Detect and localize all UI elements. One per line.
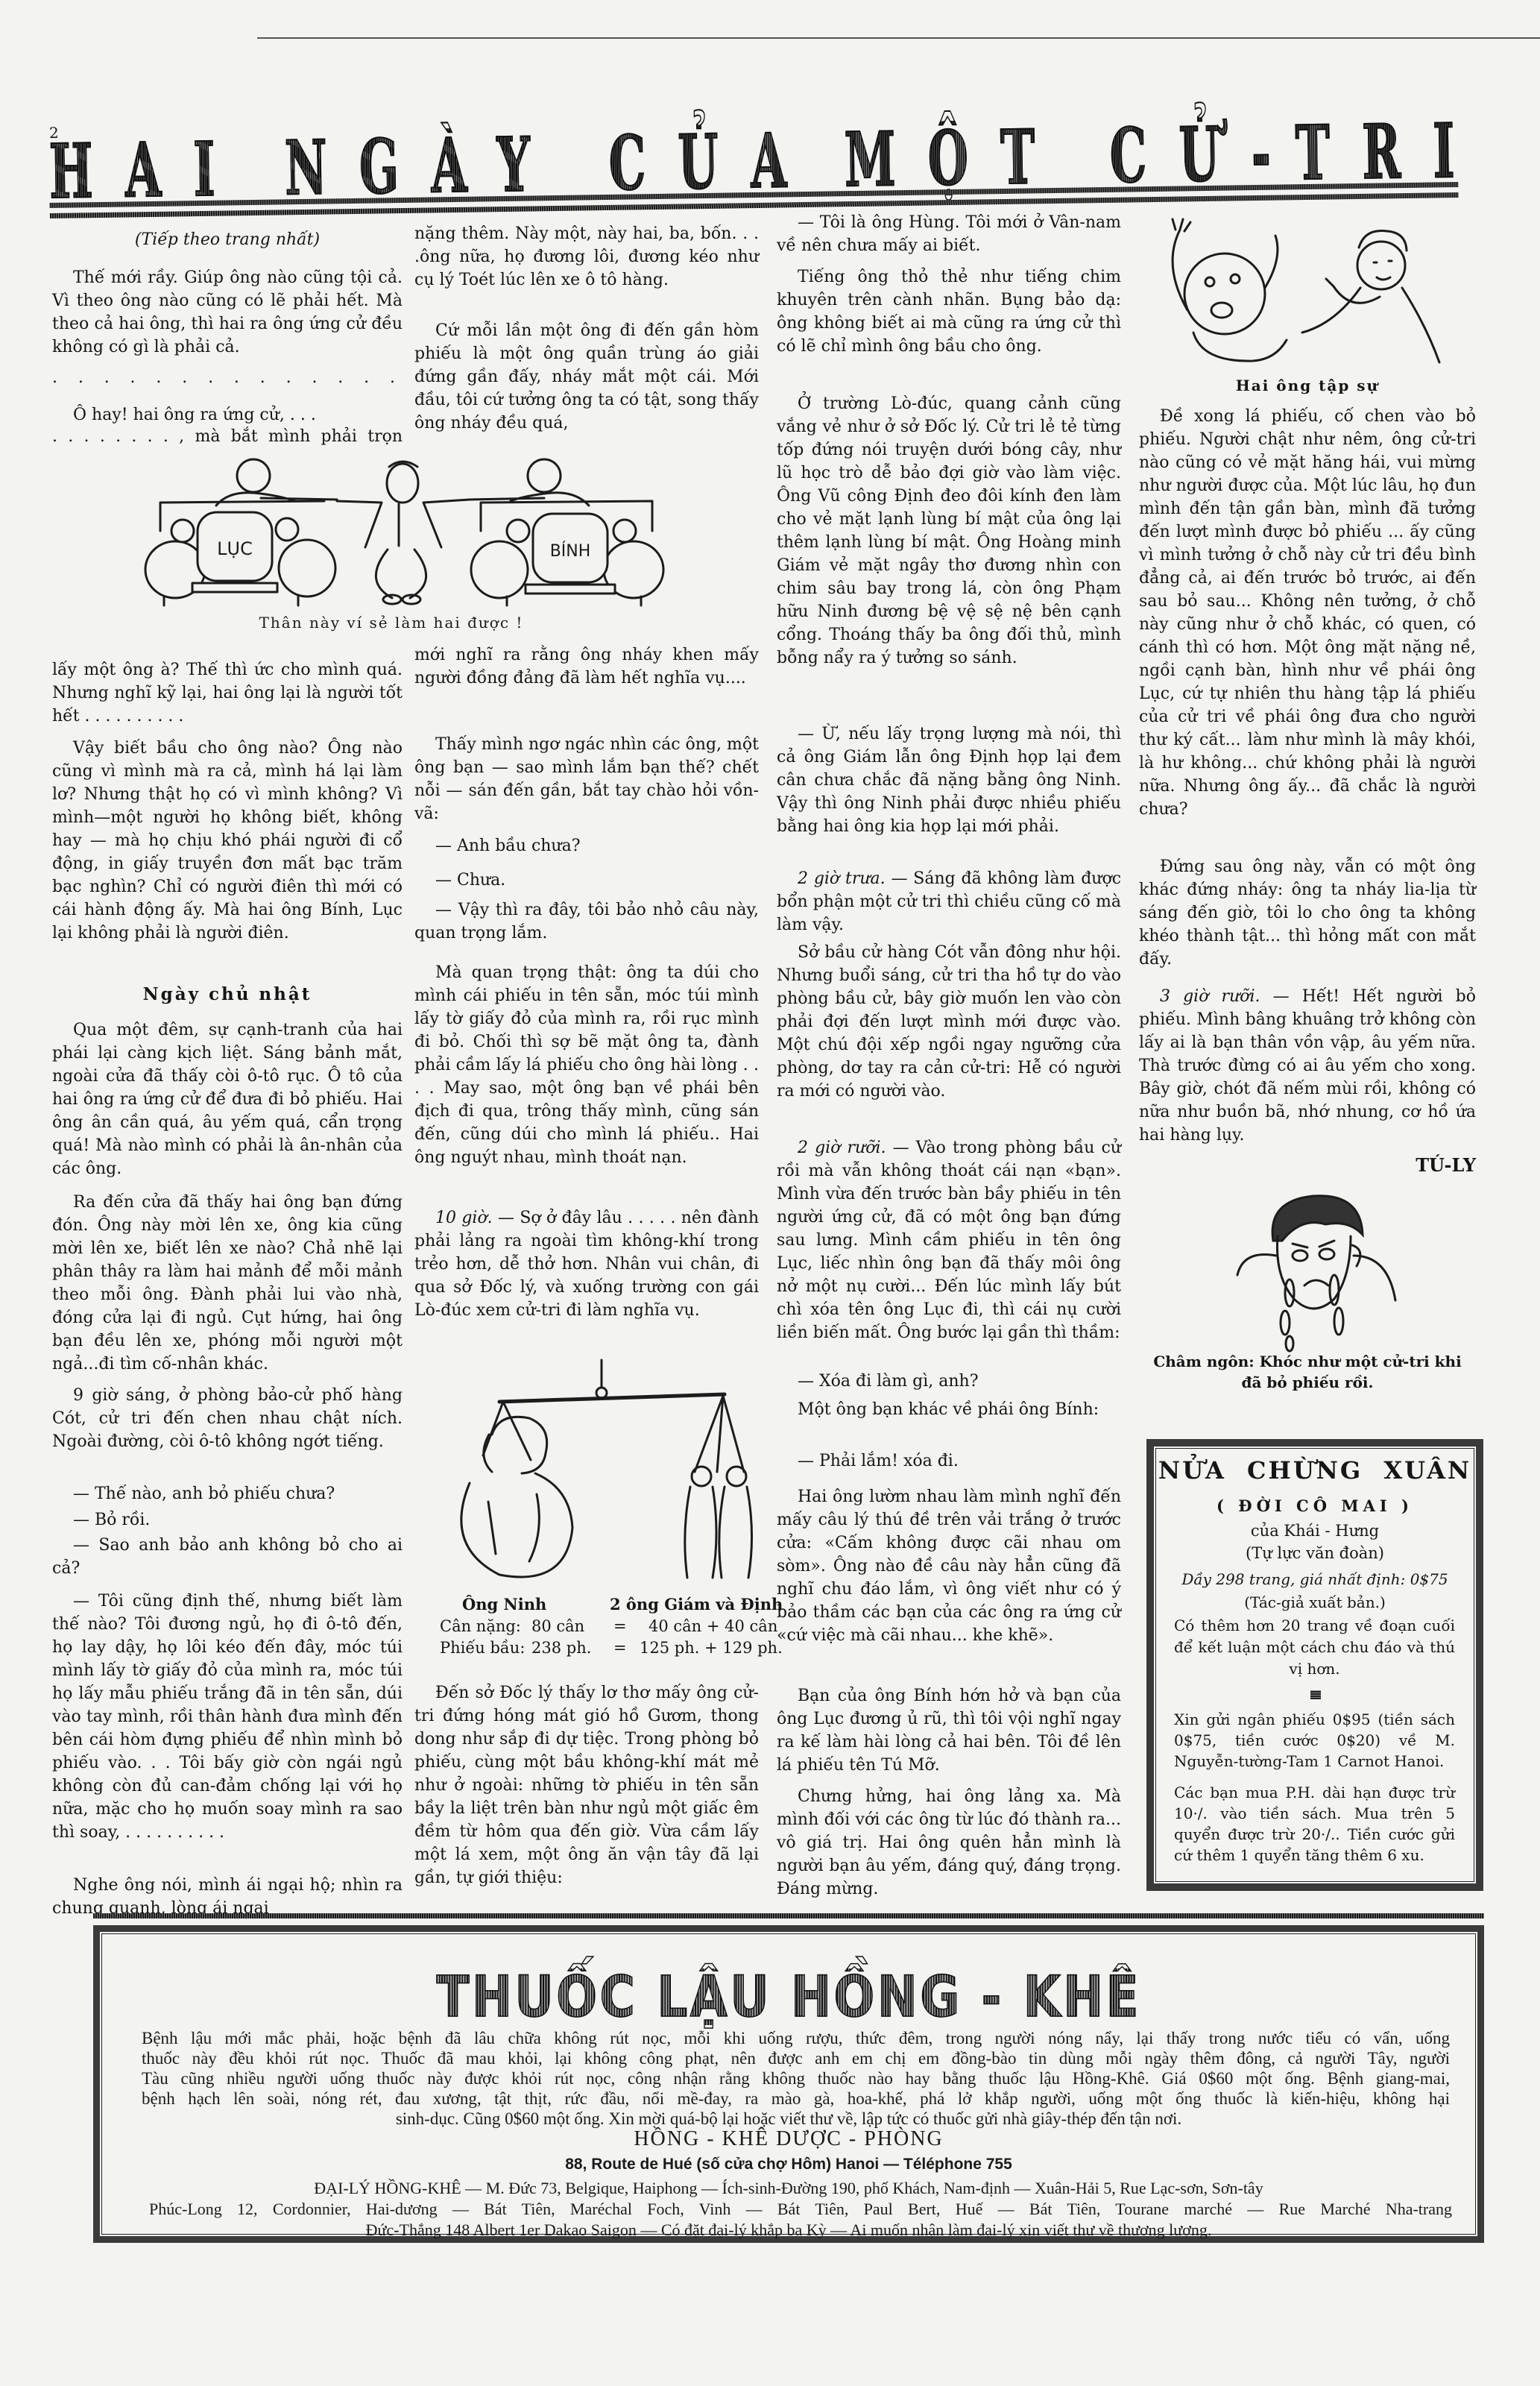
paragraph: Chưng hửng, hai ông lảng xa. Mà mình đối…: [777, 1785, 1121, 1901]
scale-row-right: 125 ph. + 129 ph.: [640, 1638, 783, 1658]
ad-body-line: thuốc này đều khỏi rút nọc. Thuốc đã mau…: [142, 2048, 1450, 2068]
scale-row-label: Phiếu bầu:: [440, 1638, 525, 1658]
car-label-left: LỤC: [217, 538, 253, 559]
ad-body-line: Tàu cũng nhiều người uống thuốc này được…: [142, 2068, 1450, 2088]
paragraph: Ra đến cửa đã thấy hai ông bạn đứng đón.…: [52, 1191, 403, 1376]
scale-row-label: Cân nặng:: [440, 1617, 521, 1636]
dialogue-line: — Thế nào, anh bỏ phiếu chưa?: [52, 1482, 403, 1505]
time-marker: 2 giờ trưa.: [798, 869, 886, 888]
car-label-right: BÍNH: [550, 541, 591, 561]
section-heading: Ngày chủ nhật: [52, 983, 403, 1006]
paragraph: . . . . . . . . , mà bắt mình phải trọn: [52, 425, 403, 448]
continued-note: (Tiếp theo trang nhất): [52, 228, 403, 251]
pharmacy-address: 88, Route de Hué (số cửa chợ Hôm) Hanoi …: [93, 2154, 1484, 2174]
time-marker: 3 giờ rưỡi.: [1160, 987, 1260, 1006]
paragraph: 10 giờ. — Sợ ở đây lâu . . . . . nên đàn…: [414, 1206, 759, 1322]
paragraph: mới nghĩ ra rằng ông nháy khen mấy người…: [414, 643, 759, 690]
headline: HAI NGÀY CỦA MỘT CỬ-TRI: [44, 109, 1465, 227]
headline-word: CỬ-TRI: [1109, 113, 1487, 192]
dialogue-line: — Ừ, nếu lấy trọng lượng mà nói, thì cả …: [777, 723, 1121, 838]
ornament-icon: [1310, 1690, 1321, 1699]
paragraph: 9 giờ sáng, ở phòng bảo-cử phố hàng Cót,…: [52, 1384, 403, 1453]
top-rule: [257, 37, 1540, 39]
ad-title-wrap: THUỐC LẬU HỒNG - KHÊ: [93, 1968, 1484, 2025]
ad-body-line: Bệnh lậu mới mắc phải, hoặc bệnh đã lâu …: [142, 2028, 1450, 2048]
headline-word: MỘT: [844, 119, 1067, 197]
cartoon-caption: Hai ông tập sự: [1139, 374, 1476, 397]
time-marker: 2 giờ rưỡi.: [798, 1139, 886, 1157]
paragraph: Mà quan trọng thật: ông ta dúi cho mình …: [414, 961, 759, 1169]
paragraph: nặng thêm. Này một, này hai, ba, bốn. . …: [414, 222, 759, 292]
paragraph: Vậy biết bầu cho ông nào? Ông nào cũng v…: [52, 737, 403, 945]
dialogue-line: — Anh bầu chưa?: [414, 834, 759, 857]
book-author: của Khái - Hưng: [1154, 1520, 1476, 1541]
ad-body-line: bệnh hạch lên soài, nóng rét, đau xương,…: [142, 2088, 1450, 2109]
ad-body-line: sinh-dục. Cũng 0$60 một ống. Xin mời quá…: [93, 2109, 1484, 2129]
book-advertisement: NỬA CHỪNG XUÂN ( ĐỜI CÔ MAI ) của Khái -…: [1146, 1439, 1483, 1891]
dialogue-line: — Vậy thì ra đây, tôi bảo nhỏ câu này, q…: [414, 898, 759, 945]
dialogue-line: — Xóa đi làm gì, anh?: [777, 1370, 1121, 1393]
scale-row-left: 80 cân: [531, 1617, 584, 1636]
pharmacy-name: HỒNG - KHÊ DƯỢC - PHÒNG: [93, 2127, 1484, 2151]
book-group: (Tự lực văn đoàn): [1154, 1543, 1476, 1564]
dialogue-line: — Sao anh bảo anh không bỏ cho ai cả?: [52, 1534, 403, 1580]
paragraph: Qua một đêm, sự cạnh-tranh của hai phái …: [52, 1019, 403, 1180]
paragraph: 2 giờ trưa. — Sáng đã không làm được bổn…: [777, 867, 1121, 937]
scale-row-eq: =: [613, 1638, 627, 1658]
paragraph-text: — Hết! Hết người bỏ phiếu. Mình bâng khu…: [1139, 987, 1476, 1145]
ad-title: THUỐC LẬU HỒNG - KHÊ: [436, 1968, 1141, 2025]
paragraph: Tiếng ông thỏ thẻ như tiếng chim khuyên …: [777, 265, 1121, 358]
paragraph: lấy một ông à? Thế thì ức cho mình quá. …: [52, 658, 403, 728]
author-signature: TÚ-LY: [1139, 1154, 1476, 1177]
cartoon-cars-icon: LỤC BÍNH: [142, 456, 663, 605]
book-discount-info: Các bạn mua P.H. dài hạn được trừ 10·/. …: [1154, 1782, 1476, 1866]
ad-top-rule: [93, 1913, 1484, 1918]
cartoon-trainees-icon: [1156, 213, 1484, 366]
paragraph: Bạn của ông Bính hớn hở và bạn của ông L…: [777, 1684, 1121, 1777]
dialogue-line: — Phải lắm! xóa đi.: [777, 1449, 1121, 1473]
paragraph: Thấy mình ngơ ngác nhìn các ông, một ông…: [414, 733, 759, 825]
agents-line: ĐẠI-LÝ HỒNG-KHÊ — M. Đức 73, Belgique, H…: [93, 2178, 1484, 2198]
cartoon-caption: Châm ngôn: Khóc như một cử-tri khi đã bỏ…: [1139, 1351, 1476, 1393]
time-marker: 10 giờ.: [435, 1209, 493, 1227]
scale-row-right: 40 cân + 40 cân: [648, 1617, 777, 1636]
book-publisher: (Tác-giả xuất bản.): [1154, 1592, 1476, 1613]
book-price: Dầy 298 trang, giá nhất định: 0$75: [1154, 1569, 1476, 1590]
paragraph: 3 giờ rưỡi. — Hết! Hết người bỏ phiếu. M…: [1139, 985, 1476, 1147]
dialogue-line: — Tôi cũng định thế, nhưng biết làm thế …: [52, 1590, 403, 1844]
headline-word: HAI: [48, 131, 247, 209]
book-title: NỬA CHỪNG XUÂN: [1154, 1455, 1476, 1485]
headline-word: CỦA: [608, 123, 819, 201]
paragraph: Hai ông lườm nhau làm mình nghĩ đến mấy …: [777, 1485, 1121, 1647]
book-order-info: Xin gửi ngân phiếu 0$95 (tiền sách 0$75,…: [1154, 1709, 1476, 1772]
book-subtitle: ( ĐỜI CÔ MAI ): [1154, 1496, 1476, 1517]
agents-line: Phúc-Long 12, Cordonnier, Hai-dương — Bá…: [149, 2199, 1452, 2219]
paragraph-text: — Vào trong phòng bầu cử rồi mà vẫn khôn…: [777, 1139, 1121, 1342]
scale-row-eq: =: [613, 1617, 627, 1636]
dialogue-line: — Tôi là ông Hùng. Tôi mới ở Vân-nam về …: [777, 211, 1121, 257]
paragraph: Sở bầu cử hàng Cót vẫn đông như hội. Như…: [777, 941, 1121, 1103]
newspaper-page: 2 HAI NGÀY CỦA MỘT CỬ-TRI (Tiếp theo tra…: [0, 0, 1540, 2386]
paragraph: Đề xong lá phiếu, cố chen vào bỏ phiếu. …: [1139, 405, 1476, 821]
headline-word: NGÀY: [284, 127, 563, 206]
paragraph: Ở trường Lò-đúc, quang cảnh cũng vắng vẻ…: [777, 392, 1121, 670]
paragraph: 2 giờ rưỡi. — Vào trong phòng bầu cử rồi…: [777, 1136, 1121, 1344]
dialogue-line: — Chưa.: [414, 869, 759, 892]
paragraph: Cứ mỗi lần một ông đi đến gần hòm phiếu …: [414, 319, 759, 435]
scale-right-name: 2 ông Giám và Định: [610, 1595, 783, 1614]
paragraph: Ô hay! hai ông ra ứng cử, . . .: [52, 403, 403, 426]
cartoon-caption: Thân này ví sẻ làm hai được !: [246, 613, 537, 632]
scale-left-name: Ông Ninh: [462, 1595, 546, 1614]
paragraph: Đến sở Đốc lý thấy lơ thơ mấy ông cử-tri…: [414, 1681, 759, 1889]
paragraph: Một ông bạn khác về phái ông Bính:: [777, 1398, 1121, 1421]
paragraph: Đứng sau ông này, vẫn có một ông khác đứ…: [1139, 855, 1476, 971]
caption-line: Châm ngôn: Khóc như một cử-tri khi: [1139, 1351, 1476, 1372]
book-note: Có thêm hơn 20 trang về đoạn cuối để kết…: [1154, 1615, 1476, 1680]
dotted-separator: . . . . . . . . . . . . . .: [52, 366, 403, 389]
caption-line: đã bỏ phiếu rồi.: [1139, 1372, 1476, 1393]
paragraph: Thế mới rầy. Giúp ông nào cũng tội cả. V…: [52, 266, 403, 359]
dialogue-line: — Bỏ rồi.: [52, 1508, 403, 1532]
cartoon-scale-icon: [447, 1360, 760, 1584]
cartoon-crying-icon: [1230, 1187, 1409, 1351]
agents-line: Đức-Thắng 148 Albert 1er Dakao Saigon — …: [93, 2220, 1484, 2240]
scale-row-left: 238 ph.: [531, 1638, 591, 1658]
